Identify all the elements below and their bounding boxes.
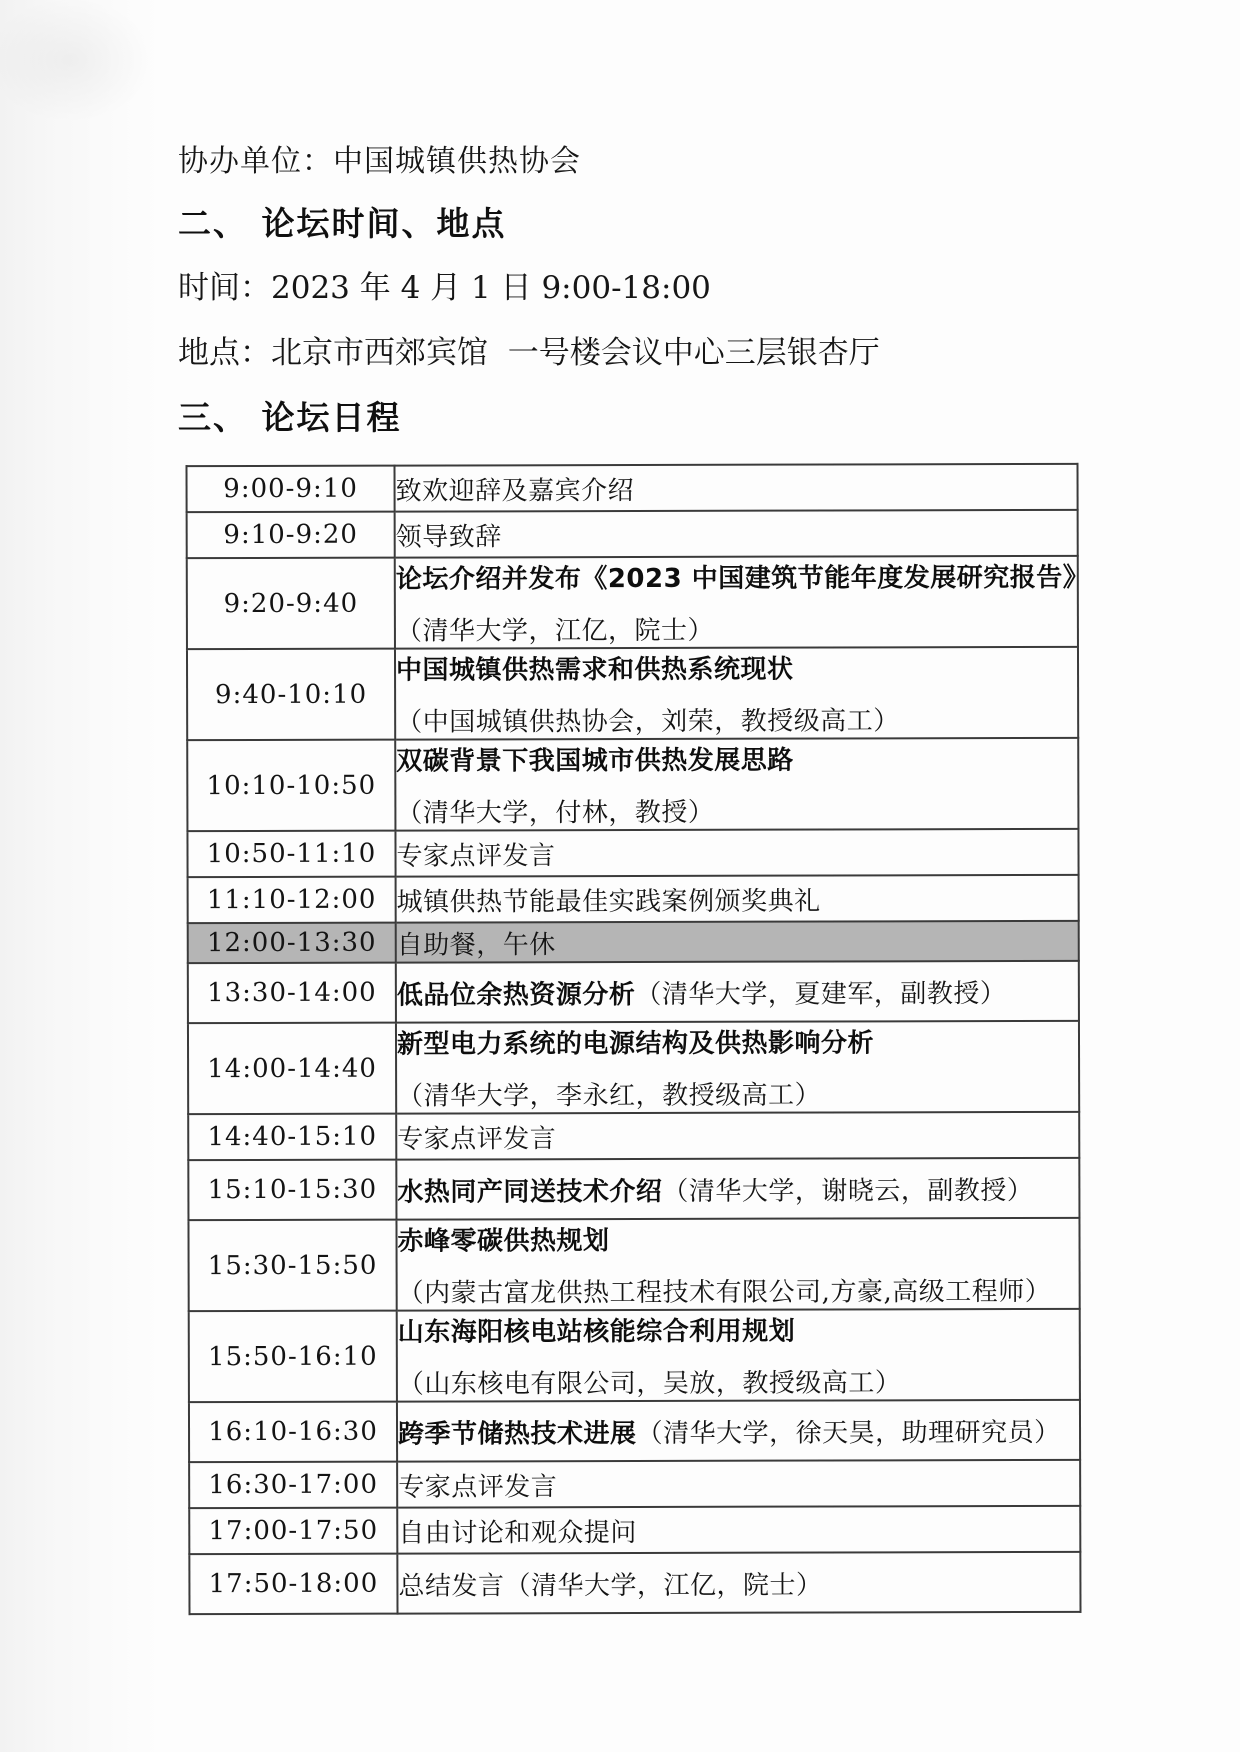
agenda-row: 11:10-12:00城镇供热节能最佳实践案例颁奖典礼 bbox=[188, 875, 1079, 923]
session-time: 9:40-10:10 bbox=[187, 649, 395, 741]
session-cell: 自由讨论和观众提问 bbox=[397, 1506, 1080, 1554]
session-title: 自助餐，午休 bbox=[397, 930, 556, 960]
agenda-row: 13:30-14:00低品位余热资源分析（清华大学，夏建军，副教授） bbox=[188, 961, 1079, 1023]
session-time: 9:00-9:10 bbox=[186, 466, 394, 513]
session-speaker-line: （清华大学，付林，教授） bbox=[396, 791, 1077, 830]
agenda-row: 9:00-9:10致欢迎辞及嘉宾介绍 bbox=[186, 464, 1077, 512]
agenda-table-body: 9:00-9:10致欢迎辞及嘉宾介绍9:10-9:20领导致辞9:20-9:40… bbox=[186, 464, 1080, 1614]
session-cell: 城镇供热节能最佳实践案例颁奖典礼 bbox=[396, 875, 1079, 923]
session-cell: 自助餐，午休 bbox=[396, 921, 1079, 963]
session-cell: 双碳背景下我国城市供热发展思路（清华大学，付林，教授） bbox=[395, 738, 1078, 831]
session-title: 领导致辞 bbox=[396, 522, 502, 552]
session-text-block: 双碳背景下我国城市供热发展思路（清华大学，付林，教授） bbox=[396, 739, 1077, 830]
forum-time-line: 时间：2023 年 4 月 1 日 9:00-18:00 bbox=[178, 262, 711, 307]
session-title: 赤峰零碳供热规划 bbox=[397, 1219, 1078, 1258]
session-cell: 专家点评发言 bbox=[396, 1112, 1079, 1160]
session-title: 跨季节储热技术进展 bbox=[398, 1418, 637, 1449]
co-organizer-line: 协办单位：中国城镇供热协会 bbox=[178, 136, 581, 180]
session-title: 论坛介绍并发布《2023 中国建筑节能年度发展研究报告》 bbox=[396, 557, 1077, 596]
session-cell: 总结发言（清华大学，江亿，院士） bbox=[397, 1552, 1080, 1614]
session-text-block: 新型电力系统的电源结构及供热影响分析（清华大学，李永红，教授级高工） bbox=[397, 1022, 1078, 1113]
session-cell: 专家点评发言 bbox=[395, 829, 1078, 877]
session-cell: 水热同产同送技术介绍（清华大学，谢晓云，副教授） bbox=[396, 1158, 1079, 1220]
session-time: 16:10-16:30 bbox=[189, 1402, 397, 1463]
session-text-block: 中国城镇供热需求和供热系统现状（中国城镇供热协会，刘荣，教授级高工） bbox=[396, 648, 1077, 739]
session-time: 10:10-10:50 bbox=[187, 740, 395, 832]
session-speaker-line: （清华大学，江亿，院士） bbox=[396, 609, 1077, 648]
session-text-block: 山东海阳核电站核能综合利用规划（山东核电有限公司，吴放，教授级高工） bbox=[398, 1310, 1079, 1401]
session-time: 12:00-13:30 bbox=[188, 923, 396, 964]
session-title: 山东海阳核电站核能综合利用规划 bbox=[398, 1310, 1079, 1349]
session-time: 10:50-11:10 bbox=[187, 831, 395, 878]
session-text-block: 论坛介绍并发布《2023 中国建筑节能年度发展研究报告》（清华大学，江亿，院士） bbox=[396, 557, 1077, 648]
session-speaker-line: （中国城镇供热协会，刘荣，教授级高工） bbox=[396, 700, 1077, 739]
agenda-row: 9:40-10:10中国城镇供热需求和供热系统现状（中国城镇供热协会，刘荣，教授… bbox=[187, 647, 1078, 740]
session-speaker-note: （清华大学，夏建军，副教授） bbox=[635, 979, 1006, 1010]
session-cell: 中国城镇供热需求和供热系统现状（中国城镇供热协会，刘荣，教授级高工） bbox=[395, 647, 1078, 740]
agenda-row: 9:10-9:20领导致辞 bbox=[187, 510, 1078, 558]
session-cell: 赤峰零碳供热规划（内蒙古富龙供热工程技术有限公司,方豪,高级工程师） bbox=[396, 1218, 1079, 1311]
agenda-row: 12:00-13:30自助餐，午休 bbox=[188, 921, 1079, 963]
session-time: 14:40-15:10 bbox=[188, 1114, 396, 1161]
agenda-row: 16:10-16:30跨季节储热技术进展（清华大学，徐天昊，助理研究员） bbox=[189, 1400, 1080, 1462]
agenda-row: 10:50-11:10专家点评发言 bbox=[187, 829, 1078, 877]
section-heading-agenda: 三、 论坛日程 bbox=[178, 392, 402, 439]
document-page: 协办单位：中国城镇供热协会 二、 论坛时间、地点 时间：2023 年 4 月 1… bbox=[0, 0, 1240, 1752]
session-time: 15:10-15:30 bbox=[188, 1160, 396, 1221]
session-title: 城镇供热节能最佳实践案例颁奖典礼 bbox=[397, 886, 821, 917]
agenda-row: 14:00-14:40新型电力系统的电源结构及供热影响分析（清华大学，李永红，教… bbox=[188, 1021, 1079, 1114]
session-title: 低品位余热资源分析 bbox=[397, 979, 636, 1010]
agenda-row: 16:30-17:00专家点评发言 bbox=[189, 1460, 1080, 1508]
session-text-block: 赤峰零碳供热规划（内蒙古富龙供热工程技术有限公司,方豪,高级工程师） bbox=[397, 1219, 1078, 1310]
agenda-row: 15:30-15:50赤峰零碳供热规划（内蒙古富龙供热工程技术有限公司,方豪,高… bbox=[188, 1218, 1079, 1311]
session-time: 17:00-17:50 bbox=[189, 1508, 397, 1555]
session-speaker-line: （清华大学，李永红，教授级高工） bbox=[397, 1074, 1078, 1113]
session-cell: 跨季节储热技术进展（清华大学，徐天昊，助理研究员） bbox=[397, 1400, 1080, 1462]
agenda-table: 9:00-9:10致欢迎辞及嘉宾介绍9:10-9:20领导致辞9:20-9:40… bbox=[185, 463, 1081, 1615]
session-cell: 致欢迎辞及嘉宾介绍 bbox=[394, 464, 1077, 512]
session-time: 9:20-9:40 bbox=[187, 558, 395, 650]
session-time: 16:30-17:00 bbox=[189, 1462, 397, 1509]
session-time: 9:10-9:20 bbox=[187, 512, 395, 559]
session-speaker-line: （山东核电有限公司，吴放，教授级高工） bbox=[398, 1362, 1079, 1401]
session-cell: 低品位余热资源分析（清华大学，夏建军，副教授） bbox=[396, 961, 1079, 1023]
session-title: 新型电力系统的电源结构及供热影响分析 bbox=[397, 1022, 1078, 1061]
session-cell: 新型电力系统的电源结构及供热影响分析（清华大学，李永红，教授级高工） bbox=[396, 1021, 1079, 1114]
session-time: 15:50-16:10 bbox=[189, 1311, 397, 1403]
session-title: 自由讨论和观众提问 bbox=[398, 1517, 637, 1548]
session-time: 15:30-15:50 bbox=[188, 1220, 396, 1312]
session-title: 双碳背景下我国城市供热发展思路 bbox=[396, 739, 1077, 778]
agenda-row: 9:20-9:40论坛介绍并发布《2023 中国建筑节能年度发展研究报告》（清华… bbox=[187, 556, 1078, 649]
session-title: 专家点评发言 bbox=[396, 841, 555, 871]
session-title: 致欢迎辞及嘉宾介绍 bbox=[396, 475, 635, 506]
section-heading-time-location: 二、 论坛时间、地点 bbox=[178, 198, 507, 245]
session-title: 总结发言 bbox=[398, 1571, 504, 1601]
session-time: 14:00-14:40 bbox=[188, 1023, 396, 1115]
forum-location-line: 地点：北京市西郊宾馆 一号楼会议中心三层银杏厅 bbox=[178, 327, 880, 372]
session-title: 专家点评发言 bbox=[397, 1124, 556, 1154]
session-speaker-note: （清华大学，谢晓云，副教授） bbox=[662, 1175, 1033, 1206]
session-cell: 领导致辞 bbox=[395, 510, 1078, 558]
agenda-row: 14:40-15:10专家点评发言 bbox=[188, 1112, 1079, 1160]
session-title: 中国城镇供热需求和供热系统现状 bbox=[396, 648, 1077, 687]
session-title: 水热同产同送技术介绍 bbox=[397, 1176, 662, 1207]
session-cell: 山东海阳核电站核能综合利用规划（山东核电有限公司，吴放，教授级高工） bbox=[397, 1309, 1080, 1402]
agenda-row: 15:10-15:30水热同产同送技术介绍（清华大学，谢晓云，副教授） bbox=[188, 1158, 1079, 1220]
session-cell: 论坛介绍并发布《2023 中国建筑节能年度发展研究报告》（清华大学，江亿，院士） bbox=[395, 556, 1078, 649]
session-title: 专家点评发言 bbox=[398, 1472, 557, 1502]
agenda-row: 15:50-16:10山东海阳核电站核能综合利用规划（山东核电有限公司，吴放，教… bbox=[189, 1309, 1080, 1402]
session-time: 17:50-18:00 bbox=[189, 1554, 397, 1615]
session-time: 13:30-14:00 bbox=[188, 963, 396, 1024]
session-cell: 专家点评发言 bbox=[397, 1460, 1080, 1508]
agenda-row: 17:50-18:00总结发言（清华大学，江亿，院士） bbox=[189, 1552, 1080, 1614]
session-speaker-note: （清华大学，徐天昊，助理研究员） bbox=[637, 1417, 1061, 1448]
session-time: 11:10-12:00 bbox=[188, 877, 396, 924]
agenda-row: 17:00-17:50自由讨论和观众提问 bbox=[189, 1506, 1080, 1554]
session-speaker-line: （内蒙古富龙供热工程技术有限公司,方豪,高级工程师） bbox=[398, 1271, 1079, 1310]
session-speaker-note: （清华大学，江亿，院士） bbox=[504, 1570, 822, 1601]
agenda-row: 10:10-10:50双碳背景下我国城市供热发展思路（清华大学，付林，教授） bbox=[187, 738, 1078, 831]
